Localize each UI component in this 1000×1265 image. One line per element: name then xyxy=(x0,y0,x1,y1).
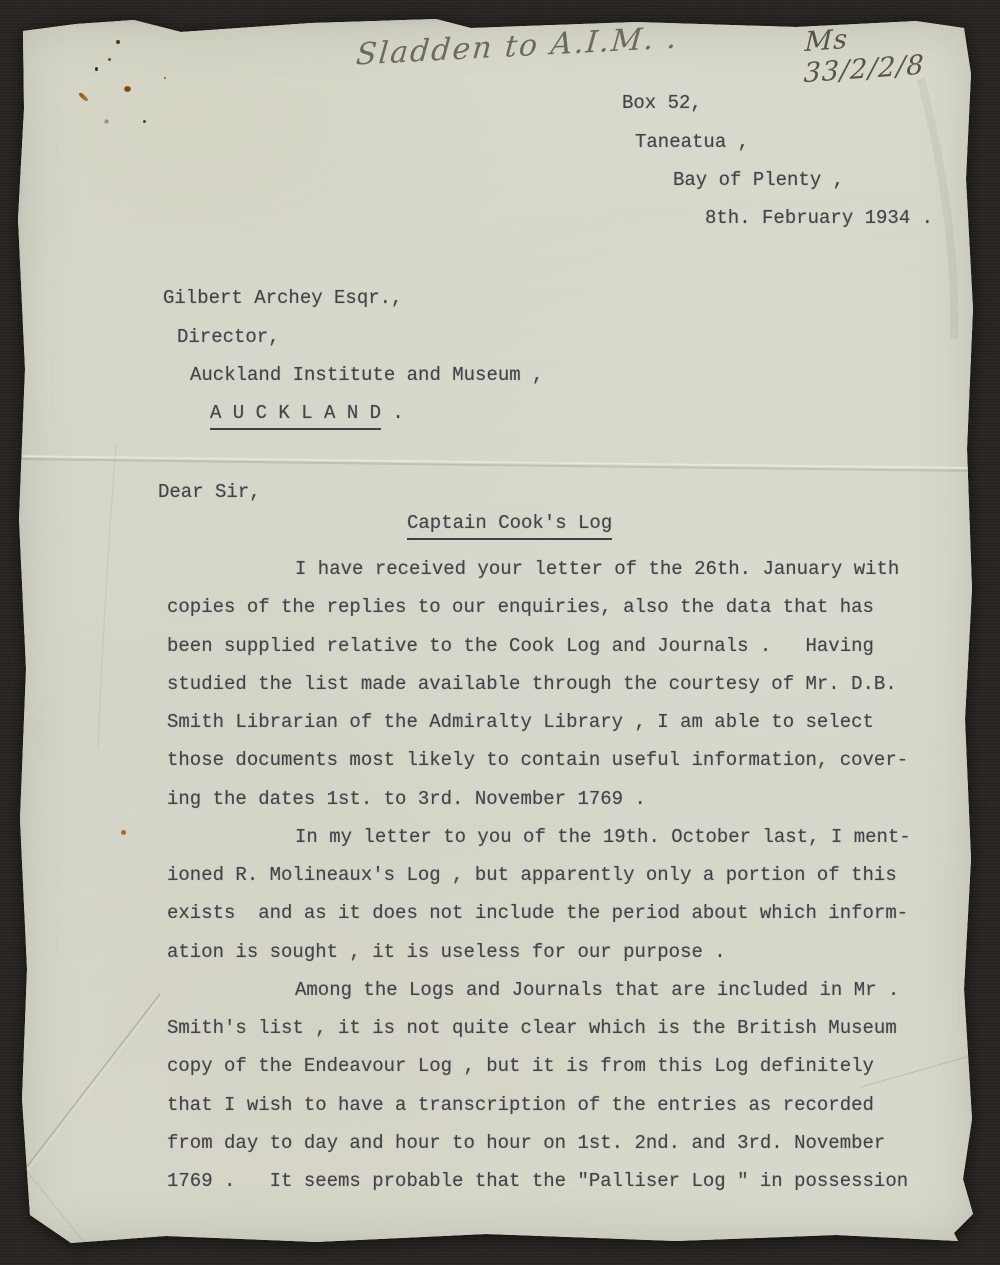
foxing-spot xyxy=(95,67,98,71)
body-line: In my letter to you of the 19th. October… xyxy=(167,818,911,856)
body-line: from day to day and hour to hour on 1st.… xyxy=(167,1124,911,1162)
body-line: Smith's list , it is not quite clear whi… xyxy=(167,1009,911,1047)
body-line: that I wish to have a transcription of t… xyxy=(167,1086,911,1124)
foxing-spot xyxy=(121,830,126,835)
handwritten-annotation: Sladden to A.I.M. . xyxy=(355,20,680,72)
body-line: ing the dates 1st. to 3rd. November 1769… xyxy=(167,780,911,818)
foxing-spot xyxy=(108,58,111,61)
recipient-city: A U C K L A N D . xyxy=(210,403,404,430)
body-line: Smith Librarian of the Admiralty Library… xyxy=(167,703,911,741)
foxing-spot xyxy=(116,40,120,44)
foxing-spot xyxy=(105,120,108,123)
foxing-spot xyxy=(124,86,131,92)
subject-underlined: Captain Cook's Log xyxy=(407,513,612,540)
body-line: I have received your letter of the 26th.… xyxy=(167,550,911,588)
letter-date: 8th. February 1934 . xyxy=(705,208,933,230)
foxing-spot xyxy=(164,77,166,79)
letter-page-shadow: Sladden to A.I.M. . Ms 33/2/2/8 Box 52, … xyxy=(16,19,977,1245)
body-line: ioned R. Molineaux's Log , but apparentl… xyxy=(167,856,911,894)
body-line: those documents most likely to contain u… xyxy=(167,741,911,779)
recipient-name: Gilbert Archey Esqr., xyxy=(163,288,402,310)
body-line: exists and as it does not include the pe… xyxy=(167,894,911,932)
mount-board: Sladden to A.I.M. . Ms 33/2/2/8 Box 52, … xyxy=(0,0,1000,1265)
foxing-spot xyxy=(143,120,146,123)
body-line: 1769 . It seems probable that the "Palli… xyxy=(167,1162,911,1200)
letter-body: I have received your letter of the 26th.… xyxy=(167,550,911,1200)
recipient-city-period: . xyxy=(381,402,404,424)
ms-reference-number: Ms 33/2/2/8 xyxy=(803,15,978,89)
body-line: copy of the Endeavour Log , but it is fr… xyxy=(167,1047,911,1085)
sender-address-line: Taneatua , xyxy=(635,132,749,154)
recipient-title: Director, xyxy=(177,327,280,349)
letter-page: Sladden to A.I.M. . Ms 33/2/2/8 Box 52, … xyxy=(16,19,977,1245)
body-line: been supplied relative to the Cook Log a… xyxy=(167,627,911,665)
salutation: Dear Sir, xyxy=(158,482,261,504)
body-line: copies of the replies to our enquiries, … xyxy=(167,588,911,626)
foxing-spot xyxy=(78,92,89,102)
sender-address-line: Bay of Plenty , xyxy=(673,170,844,192)
body-line: ation is sought , it is useless for our … xyxy=(167,933,911,971)
subject-heading: Captain Cook's Log xyxy=(407,513,612,540)
recipient-city-underlined: A U C K L A N D xyxy=(210,403,381,430)
sender-address-line: Box 52, xyxy=(622,93,702,115)
body-line: Among the Logs and Journals that are inc… xyxy=(167,971,911,1009)
body-line: studied the list made available through … xyxy=(167,665,911,703)
recipient-institution: Auckland Institute and Museum , xyxy=(190,365,543,387)
